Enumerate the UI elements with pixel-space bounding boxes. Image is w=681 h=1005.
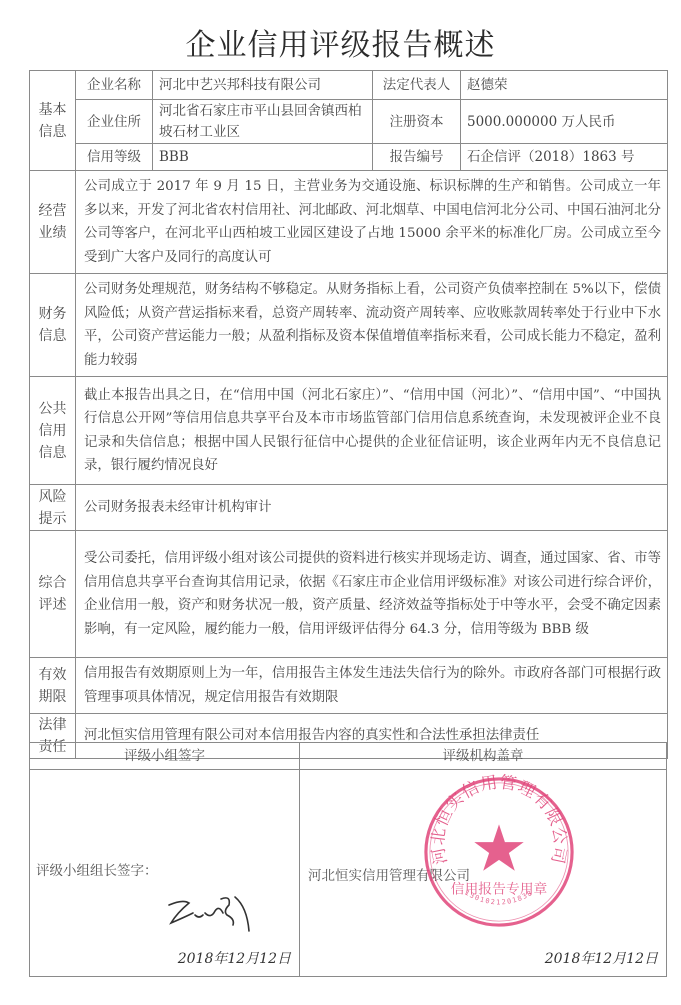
credit-rating-value: BBB	[153, 144, 373, 171]
rating-team-signature-panel: 评级小组签字 评级小组组长签字： 2018年12月12日	[29, 742, 299, 977]
row-validity: 有效期限 信用报告有效期原则上为一年，信用报告主体发生违法失信行为的除外。市政府…	[30, 658, 668, 714]
section-label-business: 经营业绩	[30, 171, 76, 274]
section-label-risk: 风险提示	[30, 485, 76, 531]
registered-capital-label: 注册资本	[373, 100, 461, 144]
legal-rep-value: 赵德荣	[461, 71, 668, 100]
company-name-label: 企业名称	[76, 71, 153, 100]
section-label-basic-info: 基本信息	[30, 71, 76, 171]
row-credit-rating: 信用等级 BBB 报告编号 石企信评（2018）1863 号	[30, 144, 668, 171]
financial-info-text: 公司财务处理规范，财务结构不够稳定。从财务指标上看，公司资产负债率控制在 5%以…	[76, 274, 668, 377]
agency-stamp-date: 2018年12月12日	[545, 948, 658, 968]
agency-stamp-header: 评级机构盖章	[300, 743, 666, 770]
row-address: 企业住所 河北省石家庄市平山县回舍镇西柏坡石材工业区 注册资本 5000.000…	[30, 100, 668, 144]
team-leader-signature-label: 评级小组组长签字：	[36, 859, 158, 879]
row-overall-assessment: 综合评述 受公司委托，信用评级小组对该公司提供的资料进行核实并现场走访、调查，通…	[30, 531, 668, 658]
section-label-text: 财务信息	[38, 303, 68, 347]
registered-capital-value: 5000.000000 万人民币	[461, 100, 668, 144]
row-company-name: 基本信息 企业名称 河北中艺兴邦科技有限公司 法定代表人 赵德荣	[30, 71, 668, 100]
public-credit-text: 截止本报告出具之日，在“信用中国（河北石家庄）”、“信用中国（河北）”、“信用中…	[76, 377, 668, 485]
address-value: 河北省石家庄市平山县回舍镇西柏坡石材工业区	[153, 100, 373, 144]
rating-team-signature-date: 2018年12月12日	[178, 948, 291, 968]
credit-rating-label: 信用等级	[76, 144, 153, 171]
row-public-credit: 公共信用信息 截止本报告出具之日，在“信用中国（河北石家庄）”、“信用中国（河北…	[30, 377, 668, 485]
section-label-text: 公共信用信息	[38, 398, 68, 464]
validity-text: 信用报告有效期原则上为一年，信用报告主体发生违法失信行为的除外。市政府各部门可根…	[76, 658, 668, 714]
section-label-public-credit: 公共信用信息	[30, 377, 76, 485]
page-title: 企业信用评级报告概述	[0, 26, 681, 66]
row-business-performance: 经营业绩 公司成立于 2017 年 9 月 15 日，主营业务为交通设施、标识标…	[30, 171, 668, 274]
risk-warning-text: 公司财务报表未经审计机构审计	[76, 485, 668, 531]
report-no-label: 报告编号	[373, 144, 461, 171]
legal-rep-label: 法定代表人	[373, 71, 461, 100]
handwritten-signature-icon	[155, 883, 275, 943]
overall-assessment-text: 受公司委托，信用评级小组对该公司提供的资料进行核实并现场走访、调查，通过国家、省…	[76, 531, 668, 658]
agency-stamp-panel: 评级机构盖章 河北恒实信用管理有限公司 河北恒实信用管理有限公司 信用报告专用章…	[299, 742, 667, 977]
section-label-overall: 综合评述	[30, 531, 76, 658]
section-label-text: 有效期限	[38, 664, 68, 708]
report-no-value: 石企信评（2018）1863 号	[461, 144, 668, 171]
report-table: 基本信息 企业名称 河北中艺兴邦科技有限公司 法定代表人 赵德荣 企业住所 河北…	[29, 70, 668, 759]
section-label-validity: 有效期限	[30, 658, 76, 714]
row-risk-warning: 风险提示 公司财务报表未经审计机构审计	[30, 485, 668, 531]
section-label-text: 基本信息	[38, 99, 68, 143]
company-name-value: 河北中艺兴邦科技有限公司	[153, 71, 373, 100]
section-label-text: 风险提示	[38, 486, 68, 530]
section-label-text: 经营业绩	[38, 200, 68, 244]
section-label-financial: 财务信息	[30, 274, 76, 377]
rating-team-signature-header: 评级小组签字	[30, 743, 299, 770]
business-performance-text: 公司成立于 2017 年 9 月 15 日，主营业务为交通设施、标识标牌的生产和…	[76, 171, 668, 274]
address-label: 企业住所	[76, 100, 153, 144]
row-financial-info: 财务信息 公司财务处理规范，财务结构不够稳定。从财务指标上看，公司资产负债率控制…	[30, 274, 668, 377]
section-label-text: 综合评述	[38, 572, 68, 616]
official-seal-icon: 河北恒实信用管理有限公司 信用报告专用章 1301021201838	[420, 773, 578, 931]
